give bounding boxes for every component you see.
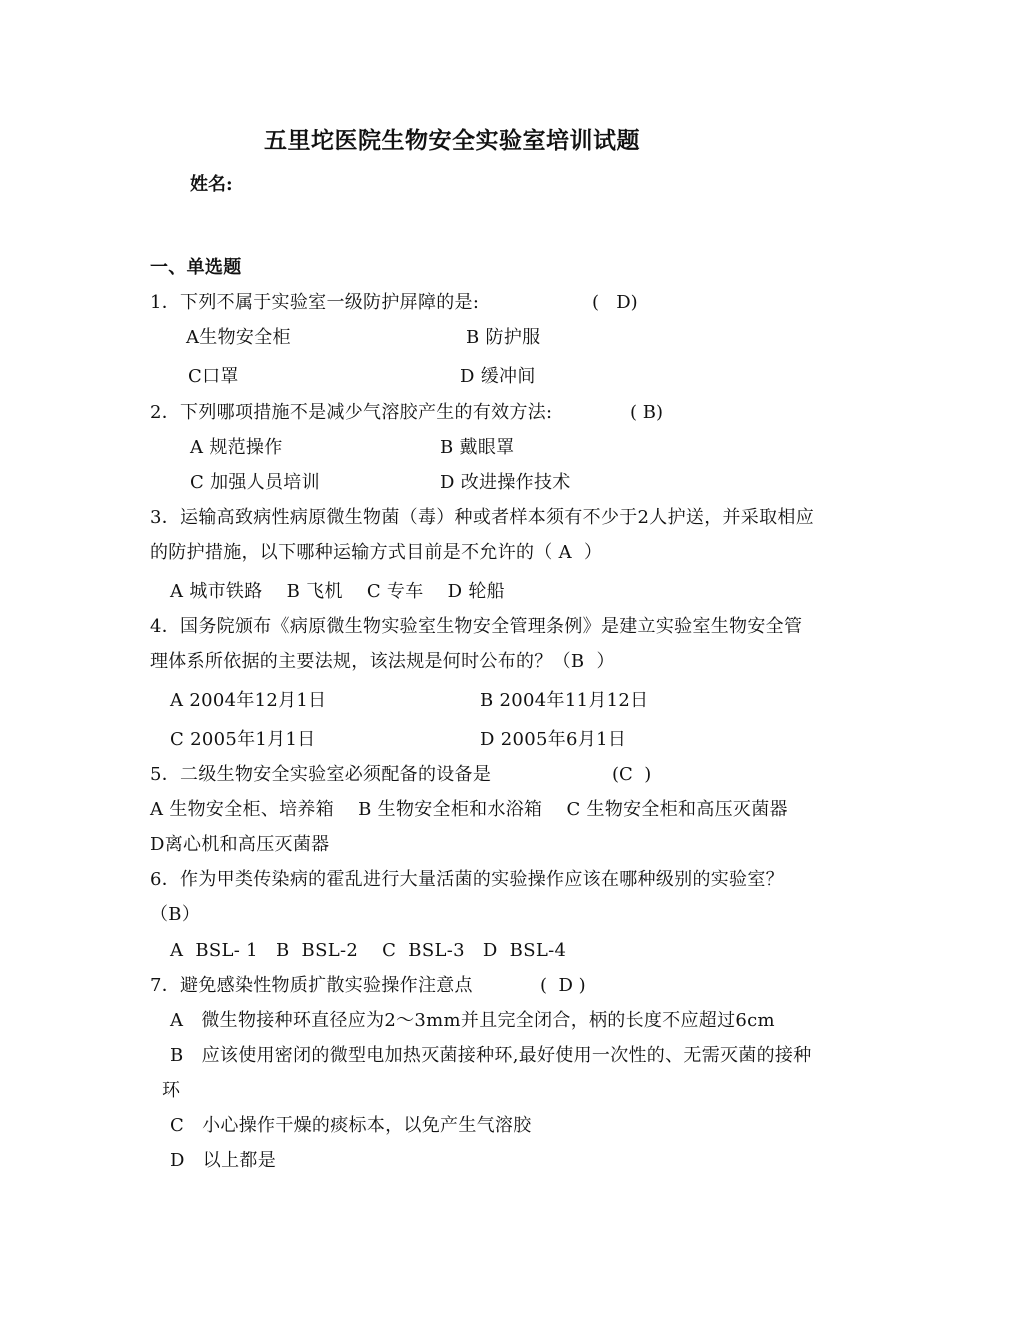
- question-7-option-c: C 小心操作干燥的痰标本，以免产生气溶胶: [170, 1114, 532, 1138]
- name-field-label: 姓名:: [190, 170, 233, 196]
- question-2-stem: 2．下列哪项措施不是减少气溶胶产生的有效方法:: [150, 401, 552, 425]
- question-5-stem: 5．二级生物安全实验室必须配备的设备是: [150, 763, 491, 787]
- section-title: 一、单选题: [150, 256, 242, 280]
- question-1-option-d: D 缓冲间: [460, 365, 536, 389]
- question-4-option-a: A 2004年12月1日: [170, 689, 327, 713]
- question-6-options: A BSL- 1 B BSL-2 C BSL-3 D BSL-4: [170, 939, 566, 963]
- question-1-option-a: A生物安全柜: [186, 326, 291, 350]
- question-6-stem-line1: 6．作为甲类传染病的霍乱进行大量活菌的实验操作应该在哪种级别的实验室？: [150, 868, 784, 892]
- question-2-answer: ( B): [630, 401, 663, 425]
- document-page: 五里坨医院生物安全实验室培训试题 姓名: 一、单选题 1．下列不属于实验室一级防…: [0, 0, 1020, 1320]
- question-2-option-d: D 改进操作技术: [440, 471, 571, 495]
- question-4-stem-line2: 理体系所依据的主要法规，该法规是何时公布的？（B ）: [150, 650, 615, 674]
- question-5-answer: (C ): [612, 763, 651, 787]
- question-1-option-c: C口罩: [188, 365, 239, 389]
- question-1-option-b: B 防护服: [466, 326, 540, 350]
- question-3-stem-line1: 3．运输高致病性病原微生物菌（毒）种或者样本须有不少于2人护送，并采取相应: [150, 506, 814, 530]
- question-2-option-c: C 加强人员培训: [190, 471, 320, 495]
- question-2-option-b: B 戴眼罩: [440, 436, 514, 460]
- question-4-option-d: D 2005年6月1日: [480, 728, 626, 752]
- document-title: 五里坨医院生物安全实验室培训试题: [264, 122, 640, 155]
- question-1-stem: 1．下列不属于实验室一级防护屏障的是:: [150, 291, 479, 315]
- question-4-option-b: B 2004年11月12日: [480, 689, 648, 713]
- question-4-stem-line1: 4．国务院颁布《病原微生物实验室生物安全管理条例》是建立实验室生物安全管: [150, 615, 802, 639]
- question-7-option-a: A 微生物接种环直径应为2～3mm并且完全闭合，柄的长度不应超过6cm: [170, 1009, 775, 1033]
- question-5-options-line2: D离心机和高压灭菌器: [150, 833, 329, 857]
- question-2-option-a: A 规范操作: [190, 436, 283, 460]
- question-1-answer: ( D): [592, 291, 638, 315]
- question-7-stem: 7．避免感染性物质扩散实验操作注意点: [150, 974, 473, 998]
- question-4-option-c: C 2005年1月1日: [170, 728, 316, 752]
- question-5-options-line1: A 生物安全柜、培养箱 B 生物安全柜和水浴箱 C 生物安全柜和高压灭菌器: [150, 798, 788, 822]
- question-7-option-d: D 以上都是: [170, 1149, 276, 1173]
- question-6-stem-line2: （B）: [150, 903, 200, 927]
- question-7-option-b: B 应该使用密闭的微型电加热灭菌接种环,最好使用一次性的、无需灭菌的接种: [170, 1044, 812, 1068]
- question-7-answer: ( D ): [540, 974, 586, 998]
- question-3-options: A 城市铁路 B 飞机 C 专车 D 轮船: [170, 580, 505, 604]
- question-3-stem-line2: 的防护措施，以下哪种运输方式目前是不允许的（ A ）: [150, 541, 602, 565]
- question-7-option-b-continued: 环: [162, 1079, 180, 1103]
